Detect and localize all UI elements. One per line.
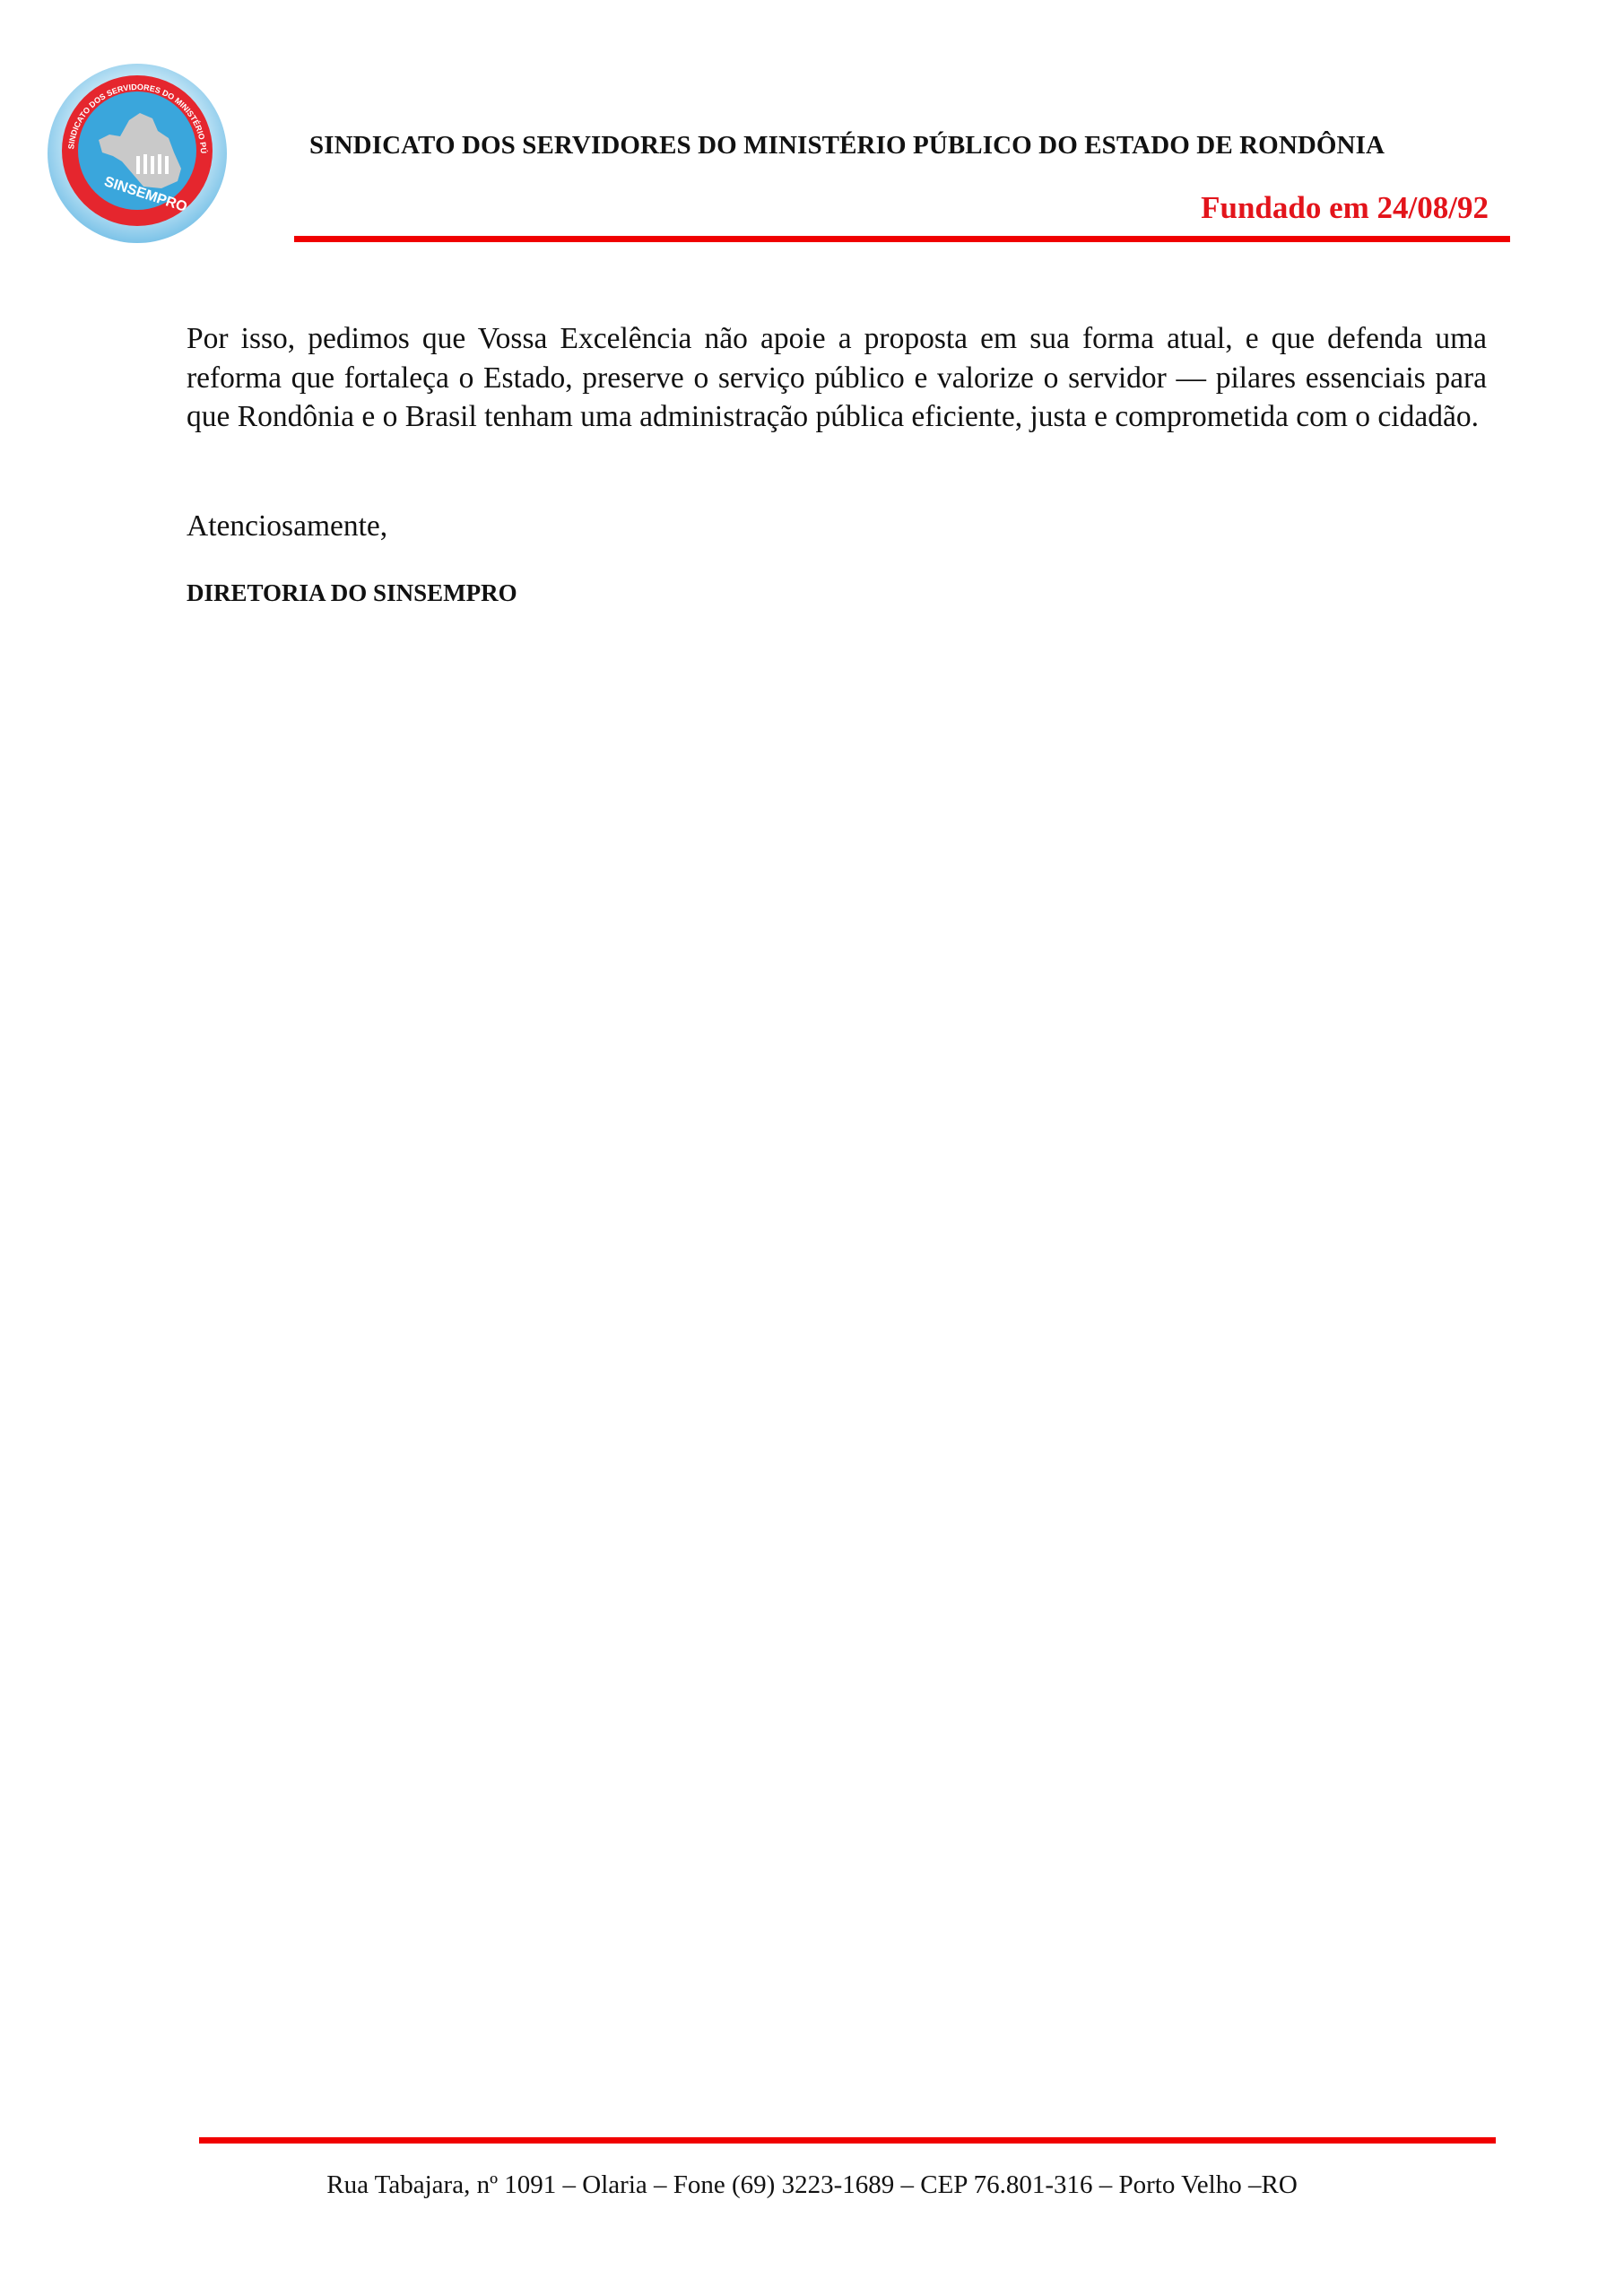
footer-address: Rua Tabajara, nº 1091 – Olaria – Fone (6… (0, 2170, 1624, 2200)
founded-date: Fundado em 24/08/92 (1201, 190, 1489, 226)
letter-paragraph: Por isso, pedimos que Vossa Excelência n… (187, 319, 1487, 437)
footer-divider (199, 2137, 1496, 2144)
organization-name: SINDICATO DOS SERVIDORES DO MINISTÉRIO P… (309, 131, 1385, 161)
header-divider (294, 236, 1510, 242)
sinsempro-logo-icon: SINDICATO DOS SERVIDORES DO MINISTÉRIO P… (47, 63, 228, 244)
signature: DIRETORIA DO SINSEMPRO (187, 579, 517, 607)
closing-salutation: Atenciosamente, (187, 509, 387, 544)
